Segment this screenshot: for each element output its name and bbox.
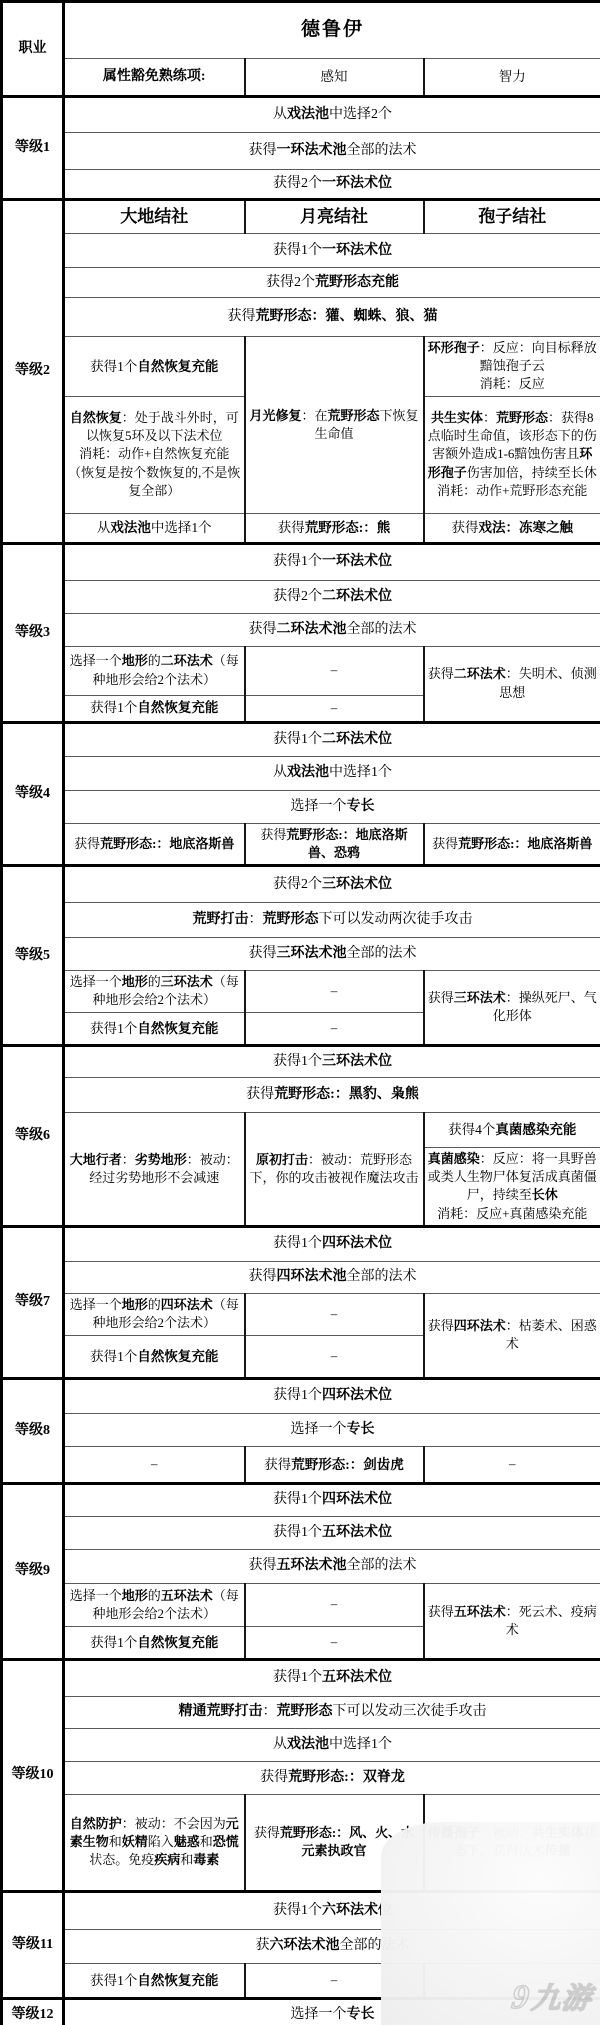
table-cell: – [245,1293,424,1335]
watermark-overlay: 9九游 [381,1822,600,2025]
table-cell: 从戏法池中选择1个 [64,756,600,790]
table-cell: – [245,970,424,1012]
table-cell: 原初打击：被动：荒野形态下，你的攻击被视作魔法攻击 [245,1112,424,1226]
table-cell: 从戏法池中选择1个 [64,1728,600,1761]
table-cell: 获得五环法术：死云术、疫病术 [424,1583,600,1659]
table-cell: 获得1个四环法术位 [64,1378,600,1413]
table-cell: 获得2个一环法术位 [64,170,600,200]
table-cell: 获得1个自然恢复充能 [64,1963,245,1998]
level-label: 等级2 [2,200,64,544]
table-cell: 获得荒野形态：獾、蜘蛛、狼、猫 [64,298,600,337]
table-cell: 选择一个地形的二环法术（每种地形会给2个法术） [64,646,245,695]
jiuyou-glyph-icon: 9 [510,1979,532,2016]
class-column-header: 职业 [2,2,64,97]
jiuyou-logo-text: 九游 [530,1983,593,2015]
level-label: 等级7 [2,1226,64,1378]
table-cell: 获得荒野形态:：地底洛斯兽、恐鸦 [245,823,424,865]
table-cell: 获得荒野形态:：地底洛斯兽 [424,823,600,865]
table-cell: – [64,1446,245,1483]
table-cell: – [245,1583,424,1626]
level-label: 等级12 [2,1998,64,2025]
table-cell: 获得荒野形态:：地底洛斯兽 [64,823,245,865]
table-cell: 获得四环法术：枯萎术、困惑术 [424,1293,600,1378]
save-stat-wisdom: 感知 [245,59,424,97]
table-cell: 选择一个专长 [64,1413,600,1446]
table-cell: 获得4个真菌感染充能 [424,1112,600,1147]
table-cell: 共生实体：荒野形态：获得8点临时生命值，该形态下的伤害额外造成1-6黯蚀伤害且环… [424,396,600,513]
table-cell: 获得1个一环法术位 [64,543,600,580]
table-cell: 获得五环法术池全部的法术 [64,1549,600,1583]
table-cell: 选择一个专长 [64,790,600,823]
table-cell: – [245,695,424,722]
level-label: 等级1 [2,97,64,200]
table-cell: 获得荒野形态:：双脊龙 [64,1761,600,1794]
table-cell: 从戏法池中选择2个 [64,97,600,133]
table-cell: 选择一个地形的四环法术（每种地形会给2个法术） [64,1293,245,1335]
table-cell: 获得1个五环法术位 [64,1516,600,1549]
save-proficiency-label: 属性豁免熟练项: [64,59,245,97]
table-cell: 获得1个自然恢复充能 [64,1012,245,1045]
table-cell: 获得1个自然恢复充能 [64,695,245,722]
subclass-spore-header: 孢子结社 [424,200,600,234]
table-cell: 选择一个地形的三环法术（每种地形会给2个法术） [64,970,245,1012]
table-cell: 获得1个自然恢复充能 [64,1626,245,1659]
table-cell: 选择一个地形的五环法术（每种地形会给2个法术） [64,1583,245,1626]
table-cell: 自然防护：被动：不会因为元素生物和妖精陷入魅惑和恐慌状态。免疫疾病和毒素 [64,1794,245,1891]
class-name: 德鲁伊 [64,2,600,59]
table-cell: 获得荒野形态:：剑齿虎 [245,1446,424,1483]
table-cell: 获得二环法术：失明术、侦测思想 [424,646,600,722]
table-cell: 获得1个四环法术位 [64,1483,600,1516]
table-cell: 从戏法池中选择1个 [64,513,245,543]
table-cell: – [245,1626,424,1659]
jiuyou-logo: 9九游 [510,1976,594,2017]
table-cell: 获得三环法术：操纵死尸、气化形体 [424,970,600,1045]
table-cell: 荒野打击：荒野形态下可以发动两次徒手攻击 [64,902,600,937]
subclass-earth-header: 大地结社 [64,200,245,234]
table-cell: – [245,646,424,695]
table-cell: 获得2个荒野形态充能 [64,268,600,298]
table-cell: 获得1个一环法术位 [64,234,600,268]
druid-level-table: 职业 德鲁伊 属性豁免熟练项: 感知 智力 等级1 从戏法池中选择2个 获得一环… [0,0,600,2025]
table-cell: 获得戏法：冻寒之触 [424,513,600,543]
save-stat-intelligence: 智力 [424,59,600,97]
level-label: 等级6 [2,1045,64,1226]
level-label: 等级5 [2,865,64,1045]
table-cell: 获得荒野形态:：黑豹、枭熊 [64,1077,600,1112]
table-cell: 获得1个自然恢复充能 [64,337,245,397]
table-cell: 获得三环法术池全部的法术 [64,937,600,970]
table-cell: 获得2个二环法术位 [64,580,600,613]
table-cell: 获得荒野形态:：熊 [245,513,424,543]
level-label: 等级8 [2,1378,64,1483]
level-label: 等级3 [2,543,64,722]
table-cell: – [245,1335,424,1378]
table-cell: 环形孢子：反应：向目标释放黯蚀孢子云消耗：反应 [424,337,600,397]
table-cell: 获得四环法术池全部的法术 [64,1261,600,1293]
level-label: 等级9 [2,1483,64,1659]
level-label: 等级10 [2,1659,64,1891]
table-cell: 月光修复：在荒野形态下恢复生命值 [245,337,424,514]
level-label: 等级4 [2,722,64,865]
table-cell: 真菌感染：反应：将一具野兽或类人生物尸体复活成真菌僵尸，持续至长休消耗：反应+真… [424,1147,600,1226]
page: 职业 德鲁伊 属性豁免熟练项: 感知 智力 等级1 从戏法池中选择2个 获得一环… [0,0,600,2025]
table-cell: 获得二环法术池全部的法术 [64,613,600,646]
table-cell: 自然恢复：处于战斗外时，可以恢复5环及以下法术位消耗：动作+自然恢复充能（恢复是… [64,396,245,513]
table-cell: 获得2个三环法术位 [64,865,600,902]
table-cell: 大地行者：劣势地形：被动：经过劣势地形不会减速 [64,1112,245,1226]
table-cell: – [245,1012,424,1045]
table-cell: 获得1个二环法术位 [64,722,600,756]
subclass-moon-header: 月亮结社 [245,200,424,234]
table-cell: 获得1个四环法术位 [64,1226,600,1261]
table-cell: 获得1个三环法术位 [64,1045,600,1077]
table-cell: 获得1个自然恢复充能 [64,1335,245,1378]
level-label: 等级11 [2,1891,64,1998]
table-cell: 精通荒野打击：荒野形态下可以发动三次徒手攻击 [64,1696,600,1728]
table-cell: 获得1个五环法术位 [64,1659,600,1696]
table-cell: 获得一环法术池全部的法术 [64,133,600,170]
table-cell: – [424,1446,600,1483]
